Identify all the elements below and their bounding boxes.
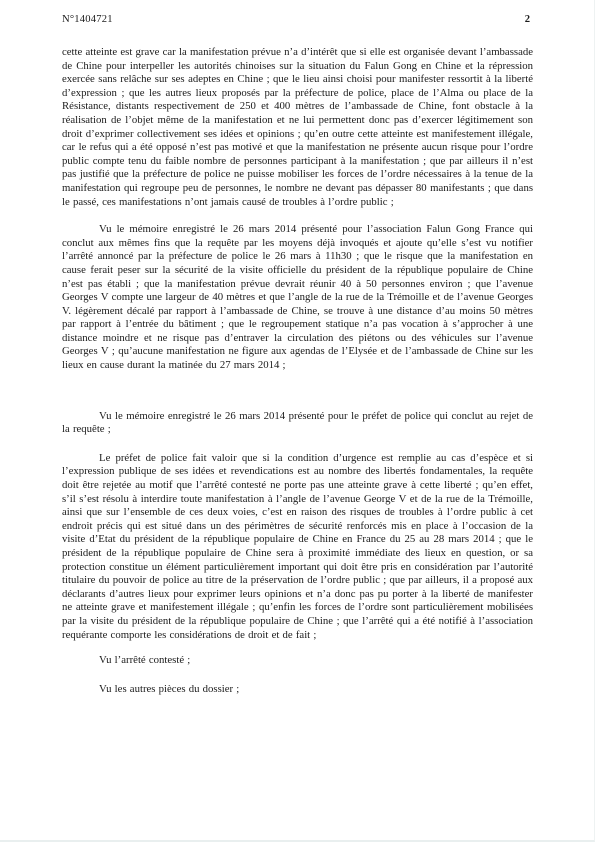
paragraph-prefet-fait-valoir: Le préfet de police fait valoir que si l… bbox=[62, 452, 533, 642]
case-number: N°1404721 bbox=[62, 13, 113, 26]
paragraph-memoire-prefet: Vu le mémoire enregistré le 26 mars 2014… bbox=[62, 410, 533, 437]
page-number: 2 bbox=[525, 13, 530, 26]
document-page: N°1404721 2 cette atteinte est grave car… bbox=[0, 0, 595, 842]
document-body: cette atteinte est grave car la manifest… bbox=[62, 46, 533, 696]
paragraph-vu-autres-pieces: Vu les autres pièces du dossier ; bbox=[62, 683, 533, 697]
paragraph-vu-arrete-conteste: Vu l’arrêté contesté ; bbox=[62, 654, 533, 668]
paragraph-continuation: cette atteinte est grave car la manifest… bbox=[62, 46, 533, 209]
page-header: N°1404721 2 bbox=[0, 0, 594, 26]
paragraph-memoire-association: Vu le mémoire enregistré le 26 mars 2014… bbox=[62, 223, 533, 373]
